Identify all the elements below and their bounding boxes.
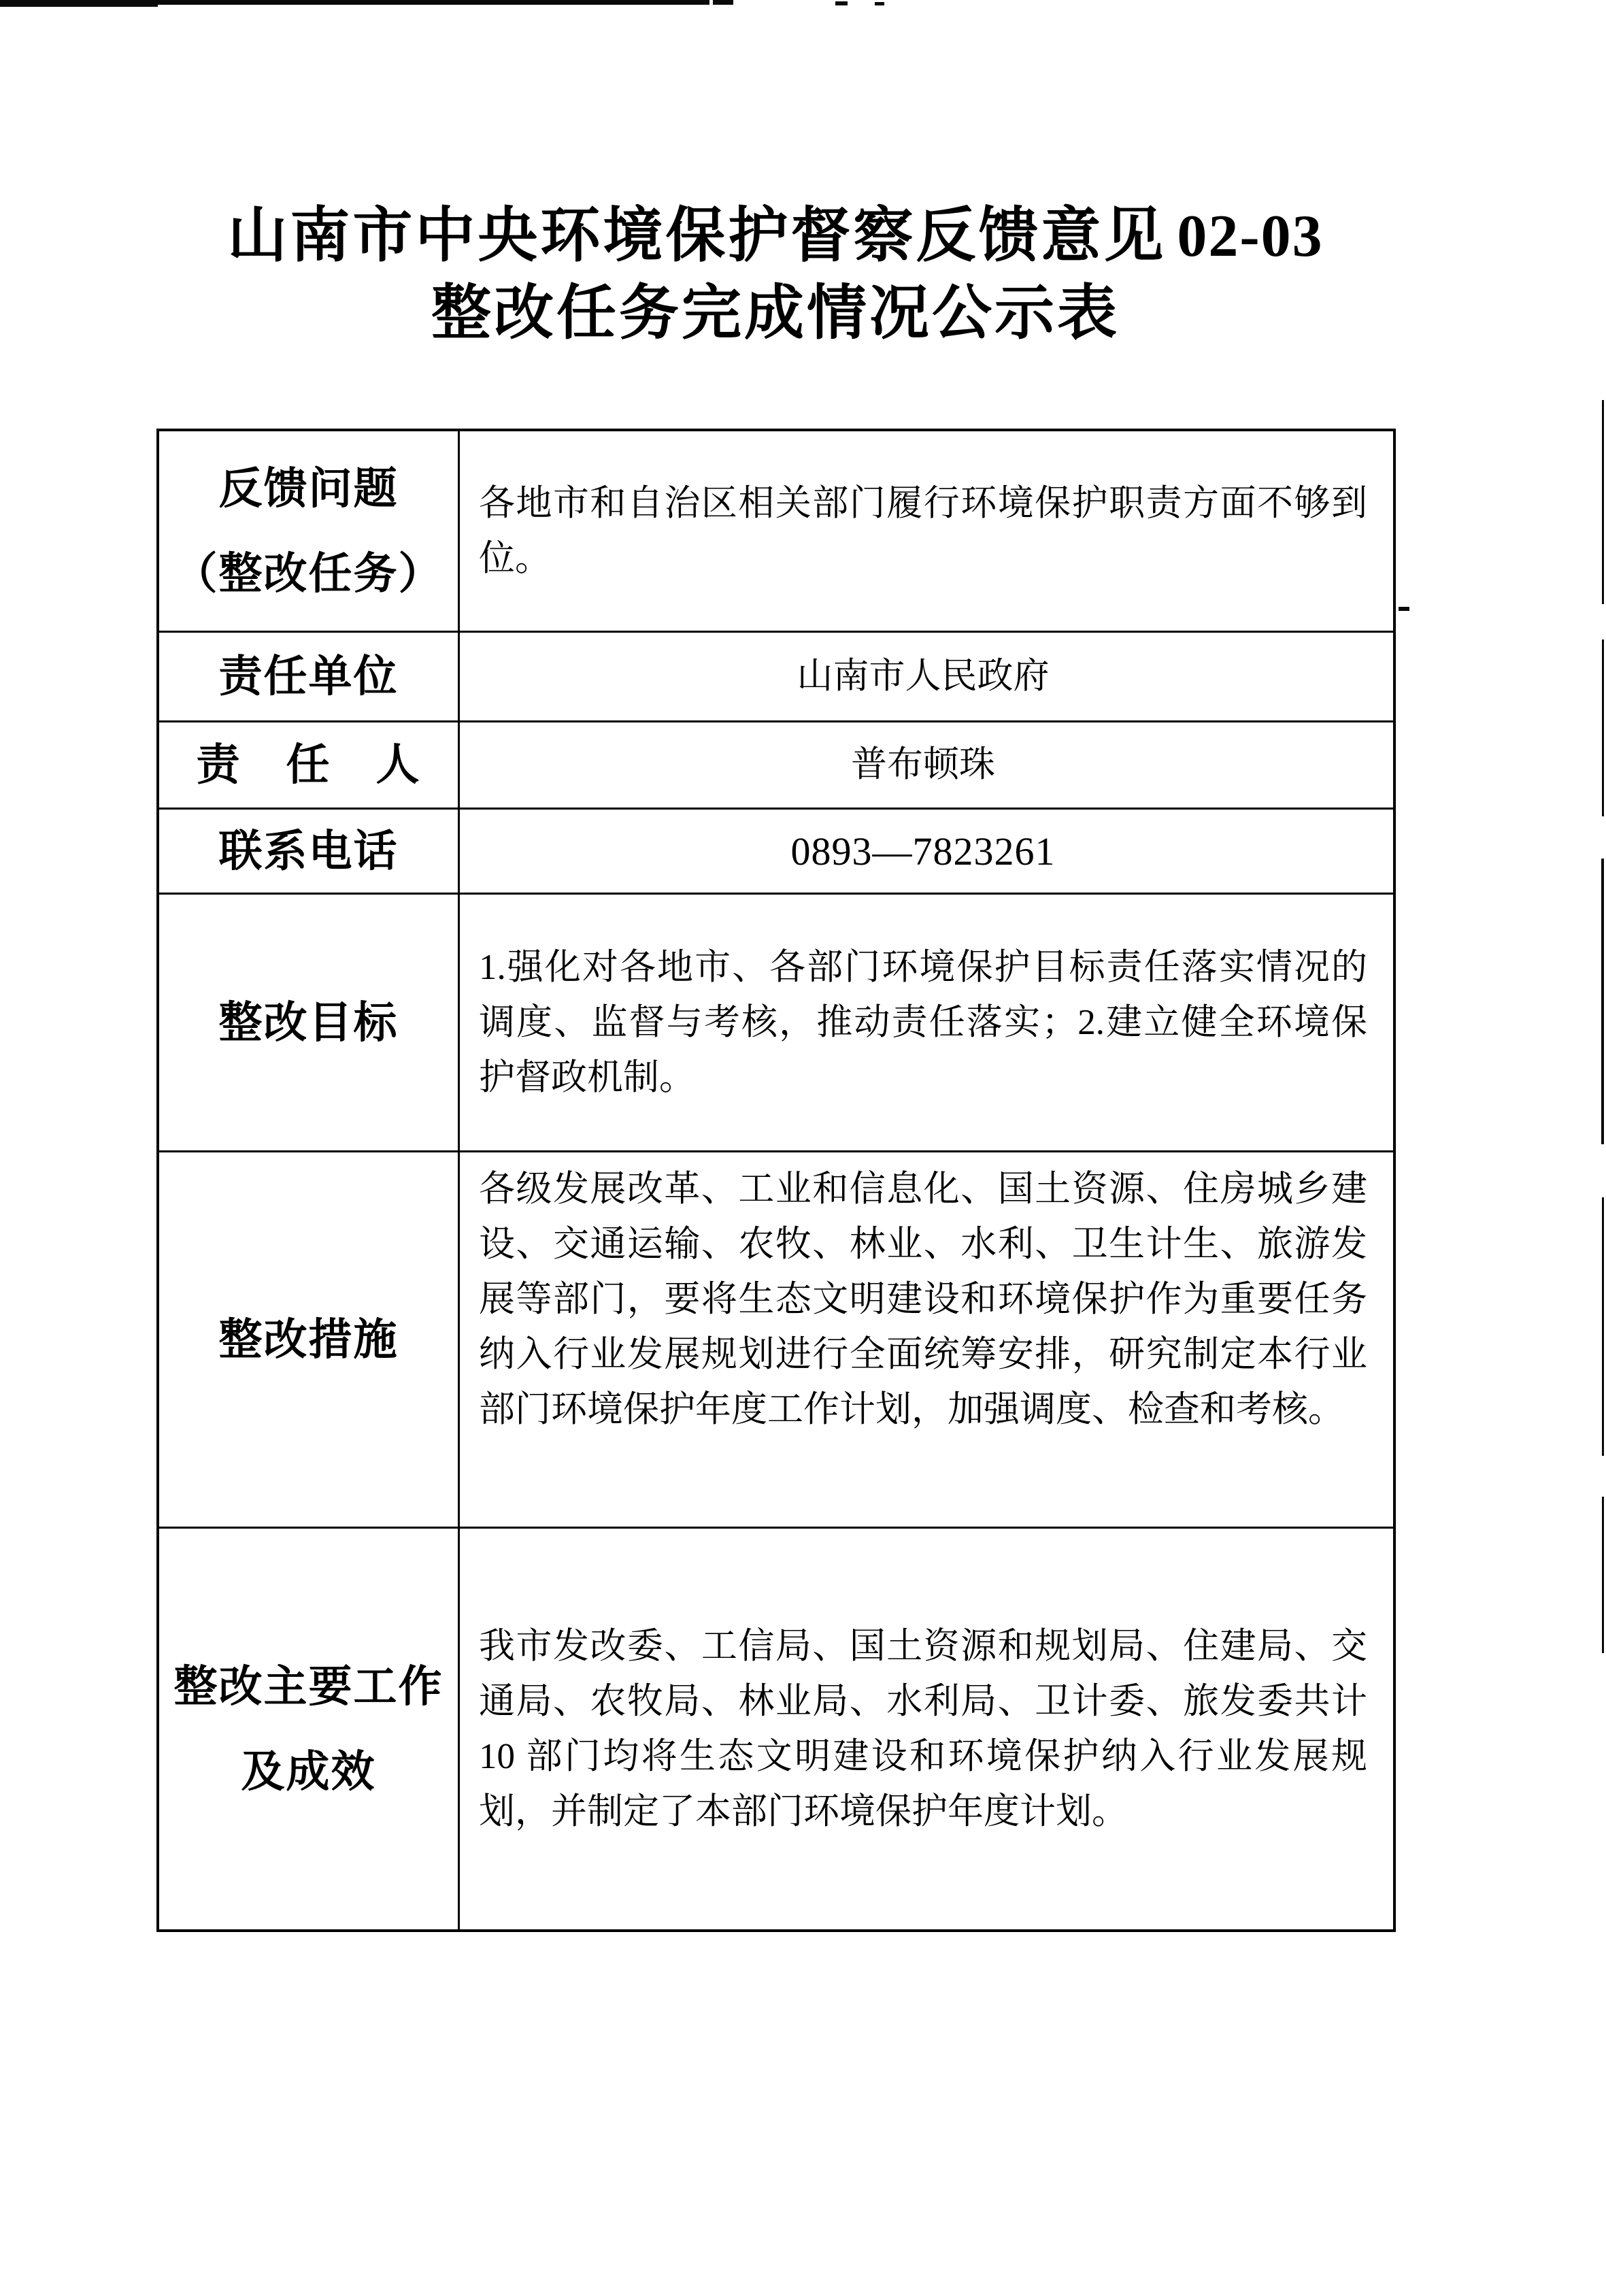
- table-row-feedback-problem: 反馈问题 （整改任务） 各地市和自治区相关部门履行环境保护职责方面不够到位。: [159, 431, 1393, 631]
- table-row-responsible-person: 责 任 人 普布顿珠: [159, 720, 1393, 808]
- row-value-responsible-unit: 山南市人民政府: [460, 633, 1393, 720]
- row-value-feedback-problem: 各地市和自治区相关部门履行环境保护职责方面不够到位。: [460, 431, 1393, 631]
- row-value-rectification-measures: 各级发展改革、工业和信息化、国土资源、住房城乡建设、交通运输、农牧、林业、水利、…: [460, 1152, 1393, 1527]
- rectification-publicity-table: 反馈问题 （整改任务） 各地市和自治区相关部门履行环境保护职责方面不够到位。 责…: [156, 429, 1396, 1932]
- title-line-2: 整改任务完成情况公示表: [0, 275, 1551, 351]
- label-line: 整改措施: [219, 1297, 399, 1382]
- table-row-rectification-goal: 整改目标 1.强化对各地市、各部门环境保护目标责任落实情况的调度、监督与考核，推…: [159, 893, 1393, 1150]
- title-doc-number: 02-03: [1177, 203, 1323, 269]
- scan-artifact-top-strip: [0, 0, 158, 7]
- scan-artifact-right-edge: [1601, 859, 1604, 1144]
- scan-artifact-top-fragment: [875, 2, 884, 5]
- scan-artifact-mark: [1399, 607, 1409, 611]
- document-title: 山南市中央环境保护督察反馈意见02-03 整改任务完成情况公示表: [0, 197, 1551, 351]
- scan-artifact-top-fragment: [835, 1, 848, 5]
- value-text: 各级发展改革、工业和信息化、国土资源、住房城乡建设、交通运输、农牧、林业、水利、…: [479, 1162, 1367, 1437]
- label-line: 整改主要工作: [174, 1644, 444, 1729]
- label-line: （整改任务）: [174, 531, 444, 616]
- title-text-line2: 整改任务完成情况公示表: [431, 279, 1120, 346]
- table-row-contact-phone: 联系电话 0893—7823261: [159, 808, 1393, 893]
- value-text: 山南市人民政府: [479, 649, 1367, 704]
- title-text-cn: 山南市中央环境保护督察反馈意见: [227, 201, 1166, 269]
- value-text: 各地市和自治区相关部门履行环境保护职责方面不够到位。: [479, 476, 1367, 586]
- label-line: 责 任 人: [197, 722, 421, 808]
- label-line: 反馈问题: [219, 446, 399, 531]
- scan-artifact-top-strip: [153, 0, 709, 5]
- row-label-responsible-person: 责 任 人: [159, 722, 460, 808]
- scanned-document-page: 山南市中央环境保护督察反馈意见02-03 整改任务完成情况公示表 反馈问题 （整…: [0, 0, 1606, 2296]
- label-line: 联系电话: [219, 809, 399, 894]
- scan-artifact-right-edge: [1602, 1497, 1604, 1653]
- table-row-main-work-results: 整改主要工作 及成效 我市发改委、工信局、国土资源和规划局、住建局、交通局、农牧…: [159, 1527, 1393, 1929]
- row-label-main-work-results: 整改主要工作 及成效: [159, 1529, 460, 1929]
- scan-artifact-right-edge: [1602, 1197, 1604, 1456]
- value-text: 1.强化对各地市、各部门环境保护目标责任落实情况的调度、监督与考核，推动责任落实…: [479, 940, 1367, 1105]
- value-text: 我市发改委、工信局、国土资源和规划局、住建局、交通局、农牧局、林业局、水利局、卫…: [479, 1619, 1367, 1840]
- scan-artifact-top-fragment: [713, 0, 733, 5]
- value-text: 0893—7823261: [479, 824, 1367, 879]
- row-label-rectification-measures: 整改措施: [159, 1152, 460, 1527]
- row-value-responsible-person: 普布顿珠: [460, 722, 1393, 808]
- row-value-main-work-results: 我市发改委、工信局、国土资源和规划局、住建局、交通局、农牧局、林业局、水利局、卫…: [460, 1529, 1393, 1929]
- label-line: 及成效: [241, 1729, 376, 1814]
- value-text: 普布顿珠: [479, 737, 1367, 793]
- scan-artifact-right-edge: [1602, 639, 1604, 816]
- row-label-contact-phone: 联系电话: [159, 810, 460, 893]
- row-value-rectification-goal: 1.强化对各地市、各部门环境保护目标责任落实情况的调度、监督与考核，推动责任落实…: [460, 895, 1393, 1150]
- row-value-contact-phone: 0893—7823261: [460, 810, 1393, 893]
- row-label-feedback-problem: 反馈问题 （整改任务）: [159, 431, 460, 631]
- scan-artifact-right-edge: [1602, 400, 1604, 604]
- title-line-1: 山南市中央环境保护督察反馈意见02-03: [0, 197, 1551, 275]
- label-line: 责任单位: [219, 634, 399, 719]
- table-row-responsible-unit: 责任单位 山南市人民政府: [159, 631, 1393, 720]
- table-row-rectification-measures: 整改措施 各级发展改革、工业和信息化、国土资源、住房城乡建设、交通运输、农牧、林…: [159, 1150, 1393, 1527]
- row-label-rectification-goal: 整改目标: [159, 895, 460, 1150]
- row-label-responsible-unit: 责任单位: [159, 633, 460, 720]
- label-line: 整改目标: [219, 980, 399, 1065]
